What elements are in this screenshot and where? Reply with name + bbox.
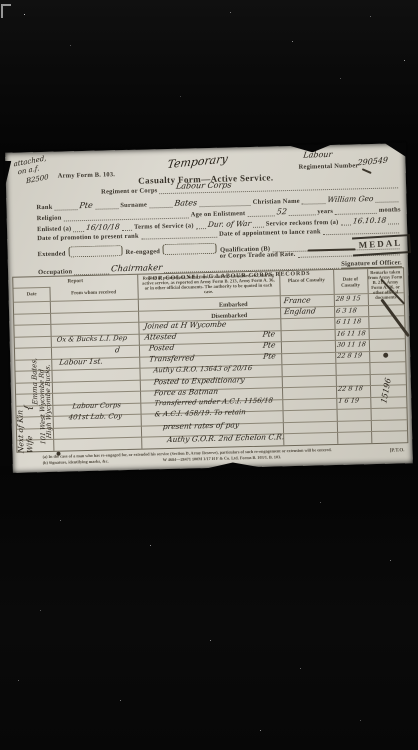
terms-value: Dur. of War xyxy=(208,219,252,229)
enlisted-value: 16/10/18 xyxy=(85,222,120,232)
place-entry: England xyxy=(284,306,317,316)
extended-label: Extended xyxy=(38,250,66,258)
film-black-area-bottom xyxy=(0,466,418,750)
terms-label: Terms of Service (a) xyxy=(134,222,194,230)
footnote-b: (b) Signature, identifying marks, &c. xyxy=(43,458,109,465)
pen-arrow-mark xyxy=(362,168,372,174)
next-of-kin-brace: { xyxy=(23,404,34,411)
corps-trade-label: or Corps Trade and Rate. xyxy=(220,251,296,260)
from-entry: Labour 1st. xyxy=(59,357,104,367)
months-label: months xyxy=(379,206,401,214)
regiment-label: Regiment or Corps xyxy=(101,187,158,195)
rank-entry: Pte xyxy=(262,340,276,349)
casualty-form-document: attached, on a.f. B2500 Army Form B. 103… xyxy=(5,143,413,473)
regiment-value: Labour Corps xyxy=(175,180,232,190)
reengaged-label: Re-engaged xyxy=(126,248,161,256)
age-label: Age on Enlistment xyxy=(191,210,246,218)
film-edge-mark xyxy=(1,4,11,18)
lance-label: Date of appointment to lance rank xyxy=(219,228,321,237)
surname-label: Surname xyxy=(120,201,147,209)
temporary-annotation: Temporary xyxy=(167,152,229,171)
regimental-number-value: 290549 xyxy=(357,155,388,167)
christian-name-value: William Geo xyxy=(326,194,373,204)
date-entry: 22 8 18 xyxy=(338,384,364,393)
christian-name-label: Christian Name xyxy=(253,198,300,206)
next-of-kin-label: Next of Kin xyxy=(15,410,25,454)
reckons-value: 16.10.18 xyxy=(352,216,386,226)
film-black-area-top xyxy=(0,0,418,150)
table-header-from-whom: From whom received xyxy=(50,290,138,298)
rank-entry: Pte xyxy=(263,351,277,360)
record-entry: Transferred under A.C.I. 1156/18 xyxy=(154,396,274,407)
record-entry: Posted xyxy=(148,343,174,353)
religion-label: Religion xyxy=(37,215,62,223)
record-entry: Attested xyxy=(144,332,177,342)
date-entry: 1 6 19 xyxy=(338,396,360,405)
medal-stamp: MEDAL xyxy=(352,234,411,256)
table-header-date: Date xyxy=(14,292,50,298)
table-header-date-of-casualty: Date of Casualty xyxy=(333,277,367,289)
age-value: 52 xyxy=(276,207,287,216)
from-entry: Labour Corps xyxy=(72,401,122,410)
date-entry: 22 8 19 xyxy=(337,351,363,360)
rank-value: Pte xyxy=(79,201,93,210)
record-entry: Authy G.O.R. 2nd Echelon C.R. xyxy=(167,432,285,444)
from-entry: 401st Lab. Coy xyxy=(68,412,122,421)
table-header-rule xyxy=(13,287,49,289)
record-entry: Transferred xyxy=(149,353,195,363)
date-entry: 6 3 18 xyxy=(336,306,358,315)
from-entry: d xyxy=(114,345,120,354)
casualty-record-table: Report Date From whom received Record of… xyxy=(12,267,408,453)
place-entry: France xyxy=(283,296,311,306)
table-header-place-of-casualty: Place of Casualty xyxy=(279,278,333,285)
record-entry: Embarked xyxy=(219,301,248,309)
regimental-number-label: Regimental Number xyxy=(299,162,359,170)
pen-dot xyxy=(383,353,388,358)
reengaged-bracket-box xyxy=(163,243,217,255)
next-of-kin-relation: Wife xyxy=(25,435,34,453)
record-entry: Joined at H Wycombe xyxy=(144,320,227,331)
date-entry: 28 9 15 xyxy=(335,294,361,303)
scanned-microfilm-frame: attached, on a.f. B2500 Army Form B. 103… xyxy=(0,0,418,750)
from-entry: Ox & Bucks L.I. Dep xyxy=(56,334,127,344)
record-entry: Force as Batman xyxy=(154,387,219,398)
record-entry: Posted to Expeditionary xyxy=(153,375,245,386)
table-column-line xyxy=(137,275,142,449)
record-entry: Disembarked xyxy=(211,312,247,320)
surname-value: Bates xyxy=(174,198,198,208)
rank-entry: Pte xyxy=(262,329,276,338)
rank-label: Rank xyxy=(36,204,52,211)
enlisted-label: Enlisted (a) xyxy=(37,225,72,233)
ink-blot xyxy=(56,452,60,456)
margin-note-b2500: B2500 xyxy=(26,173,49,185)
date-entry: 16 11 18 xyxy=(336,329,366,338)
pto-mark: [P.T.O. xyxy=(390,448,405,453)
record-entry: & A.C.I. 458/19. To retain xyxy=(154,408,246,418)
years-label: years xyxy=(317,208,333,215)
labour-annotation: Labour xyxy=(303,150,333,160)
date-entry: 6 11 18 xyxy=(336,317,362,326)
promotion-label: Date of promotion to present rank xyxy=(37,233,139,242)
record-entry: Authy G.R.O. 13643 of 20/16 xyxy=(153,364,253,374)
torn-edge-left xyxy=(4,161,12,187)
record-entry: present rates of pay xyxy=(162,420,239,431)
film-grain-specks xyxy=(0,0,1,1)
extended-bracket-box xyxy=(68,245,122,257)
date-entry: 30 11 18 xyxy=(336,340,366,349)
reckons-label: Service reckons from (a) xyxy=(266,219,339,228)
